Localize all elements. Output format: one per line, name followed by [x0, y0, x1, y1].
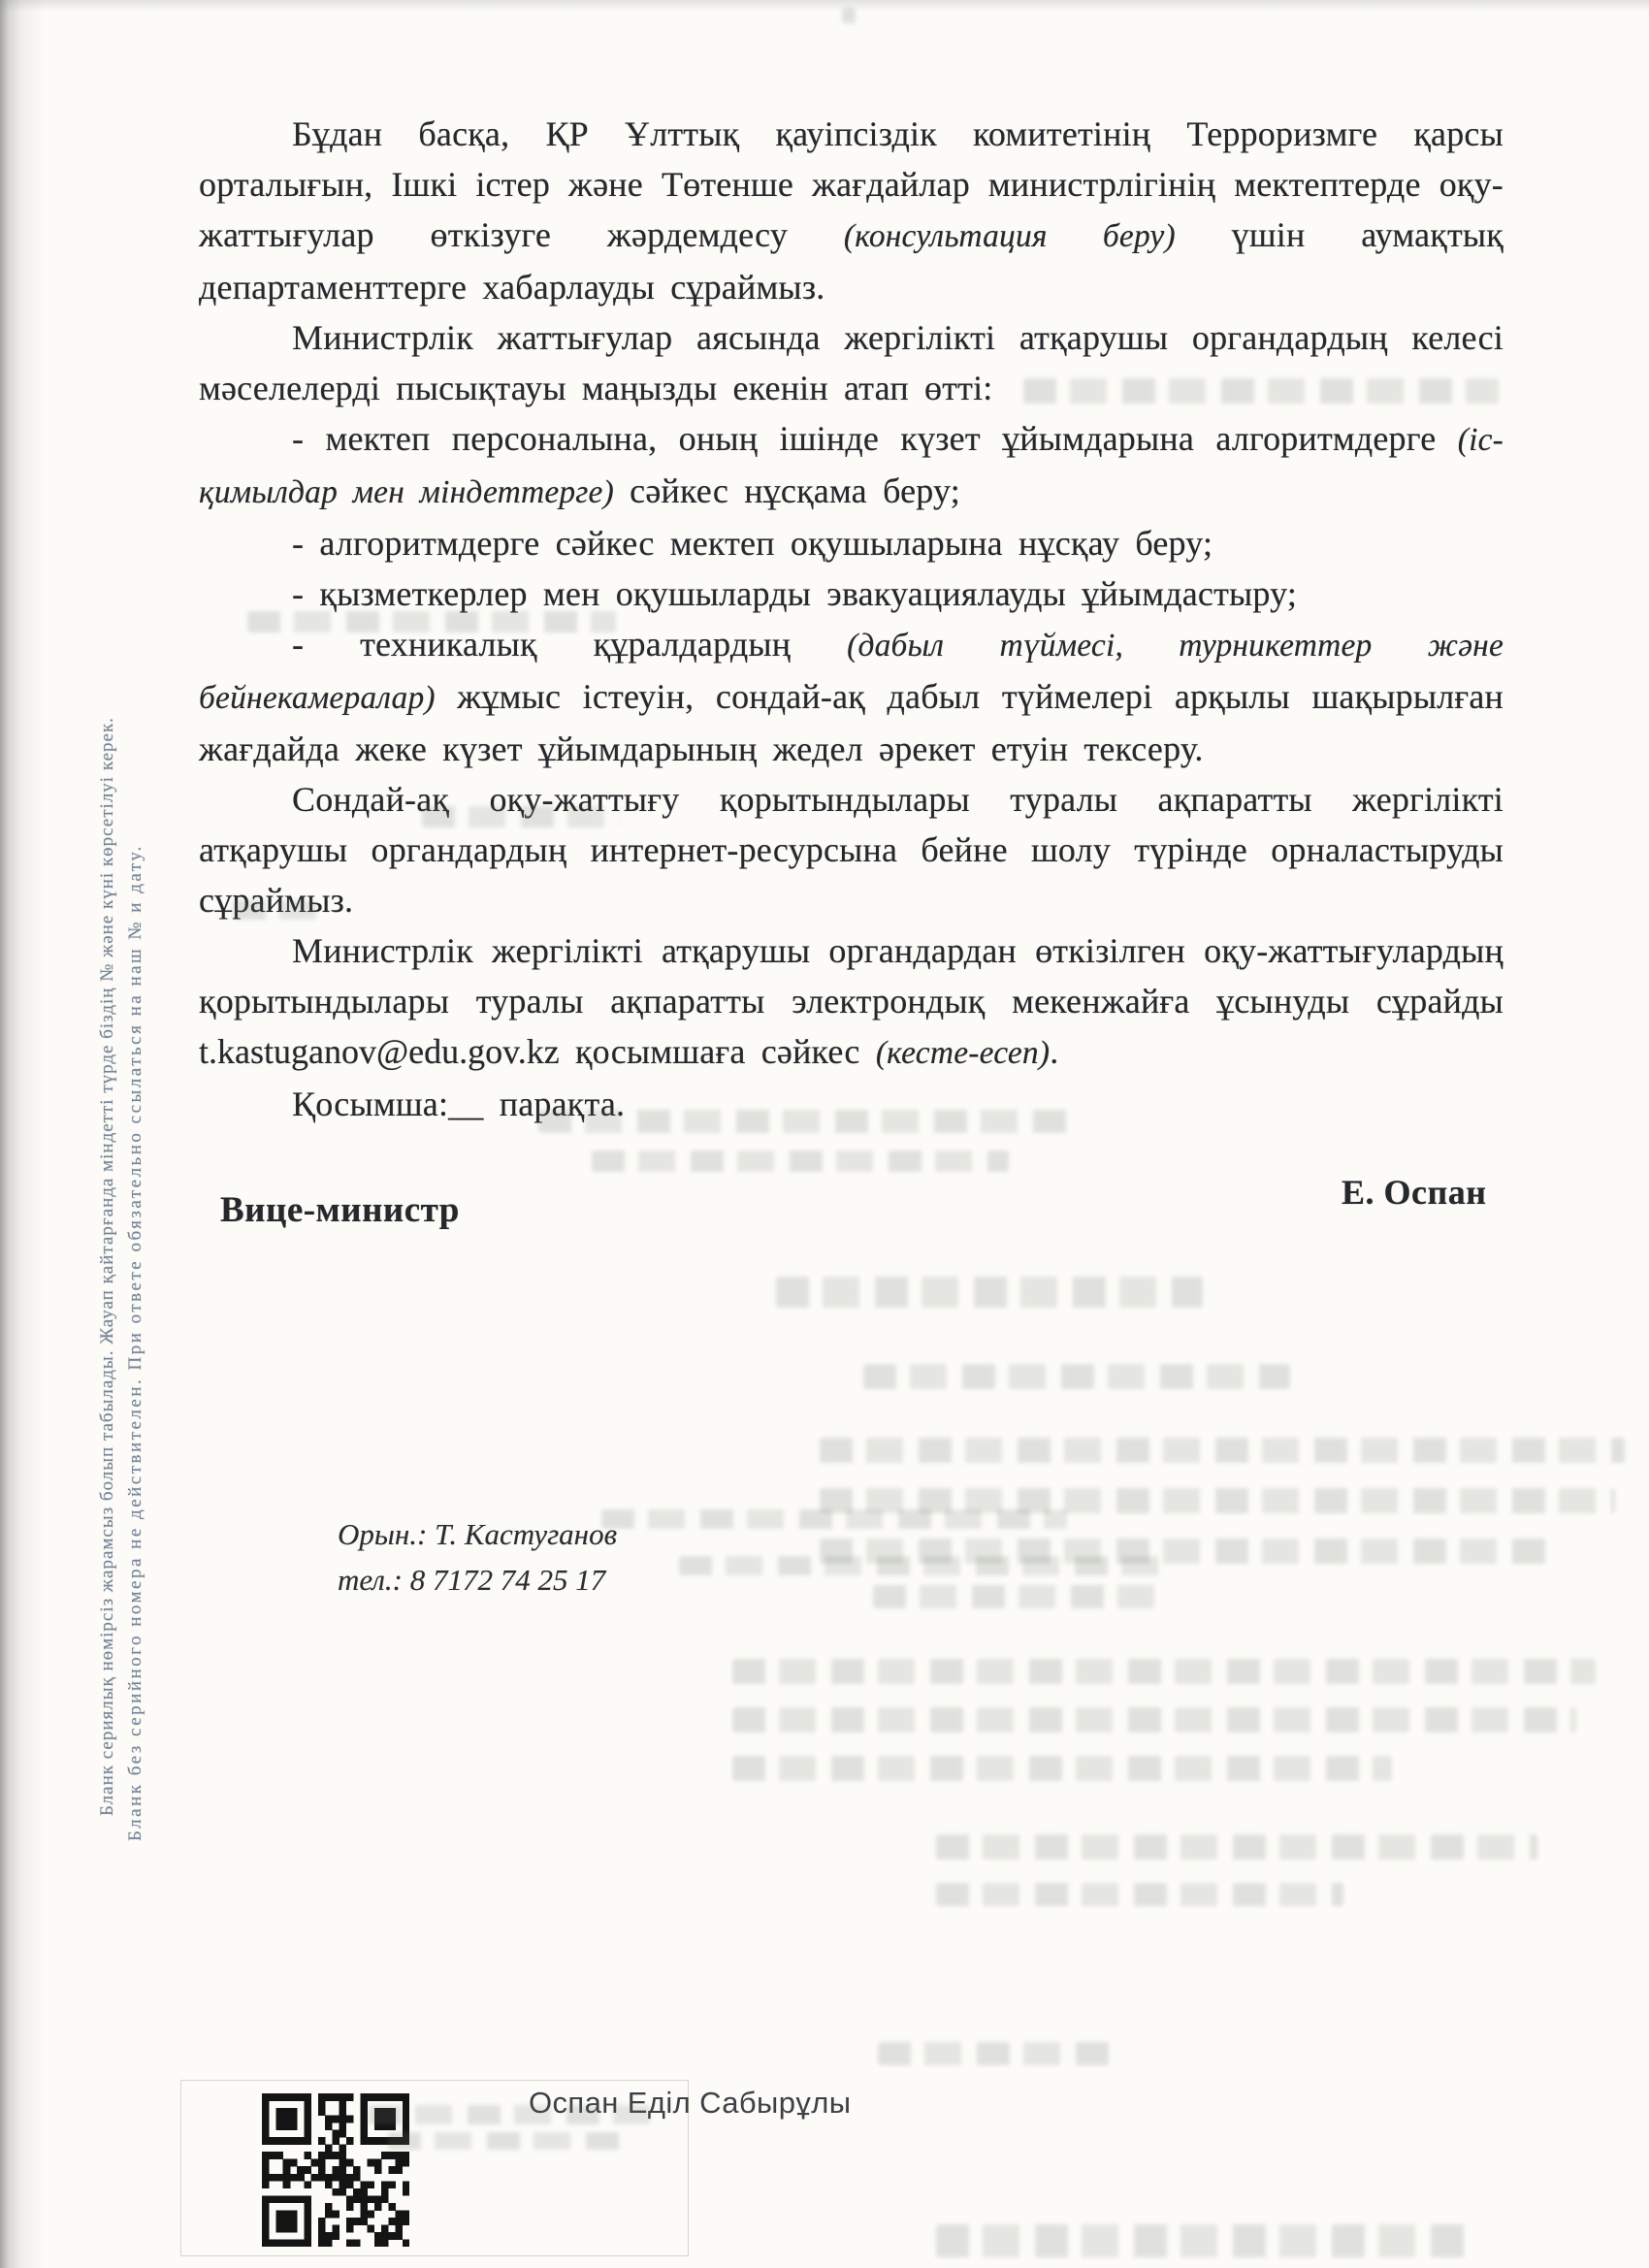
bullet-student-instruction: - алгоритмдерге сәйкес мектеп оқушыларын…: [199, 518, 1503, 568]
executor-phone-line: тел.: 8 7172 74 25 17: [338, 1557, 617, 1603]
bleed-through-artifact: [679, 1556, 1164, 1575]
margin-note-kazakh: Бланк сериялық нөмірсіз жарамсыз болып т…: [97, 717, 118, 1816]
paragraph-video-posting: Сондай-ақ оқу-жаттығу қорытындылары тура…: [199, 774, 1503, 925]
bleed-through-artifact: [936, 1834, 1537, 1860]
executor-name-line: Орын.: Т. Кастуганов: [338, 1511, 617, 1557]
text-segment: қосымшаға сәйкес: [560, 1032, 876, 1071]
bleed-through-artifact: [247, 611, 616, 632]
text-segment: .: [1050, 1032, 1058, 1071]
bleed-through-artifact: [601, 1509, 1067, 1529]
margin-note-russian: Бланк без серийного номера не действител…: [125, 844, 146, 1841]
bleed-through-artifact: [820, 1438, 1625, 1463]
scanned-letter-page: Бланк сериялық нөмірсіз жарамсыз болып т…: [0, 0, 1649, 2268]
text-segment: Министрлік жергілікті атқарушы органдард…: [199, 931, 1503, 1021]
paragraph-assistance-request: Бұдан басқа, ҚР Ұлттық қауіпсіздік комит…: [199, 109, 1503, 312]
bleed-through-artifact: [863, 1364, 1290, 1389]
bleed-through-artifact: [878, 2042, 1115, 2065]
executor-block: Орын.: Т. Кастуганов тел.: 8 7172 74 25 …: [338, 1511, 617, 1603]
bleed-through-artifact: [1023, 378, 1499, 404]
bleed-through-artifact: [592, 1150, 1009, 1172]
bleed-through-artifact: [538, 1110, 1072, 1133]
bleed-through-artifact: [842, 8, 856, 23]
bleed-through-artifact: [422, 806, 621, 827]
bleed-through-artifact: [936, 1883, 1343, 1906]
signatory-name: Е. Оспан: [1342, 1172, 1486, 1213]
italic-segment: (кесте-есеп): [876, 1035, 1050, 1071]
bleed-through-artifact: [388, 2132, 621, 2150]
scan-edge-shadow-left: [0, 0, 45, 2268]
bullet-technical-means: - техникалық құралдардың (дабыл түймесі,…: [199, 619, 1503, 774]
text-segment: - мектеп персоналына, оның ішінде күзет …: [292, 419, 1458, 458]
scan-edge-shadow-top: [0, 0, 1649, 12]
bleed-through-artifact: [732, 1659, 1596, 1684]
bleed-through-artifact: [936, 2224, 1465, 2257]
bleed-through-artifact: [369, 2105, 660, 2124]
signatory-title: Вице-министр: [220, 1189, 460, 1231]
bleed-through-artifact: [732, 1707, 1576, 1733]
executor-email-text: t.kastuganov@edu.gov.kz: [199, 1032, 560, 1071]
text-segment: сәйкес нұсқама беру;: [614, 471, 960, 510]
bleed-through-artifact: [732, 1756, 1392, 1781]
bullet-staff-instruction: - мектеп персоналына, оның ішінде күзет …: [199, 413, 1503, 518]
italic-segment: (консультация беру): [844, 218, 1176, 254]
paragraph-report-request: Министрлік жергілікті атқарушы органдард…: [199, 925, 1503, 1079]
bleed-through-artifact: [776, 1277, 1203, 1308]
bleed-through-artifact: [873, 1585, 1164, 1608]
bleed-through-artifact: [233, 900, 325, 920]
